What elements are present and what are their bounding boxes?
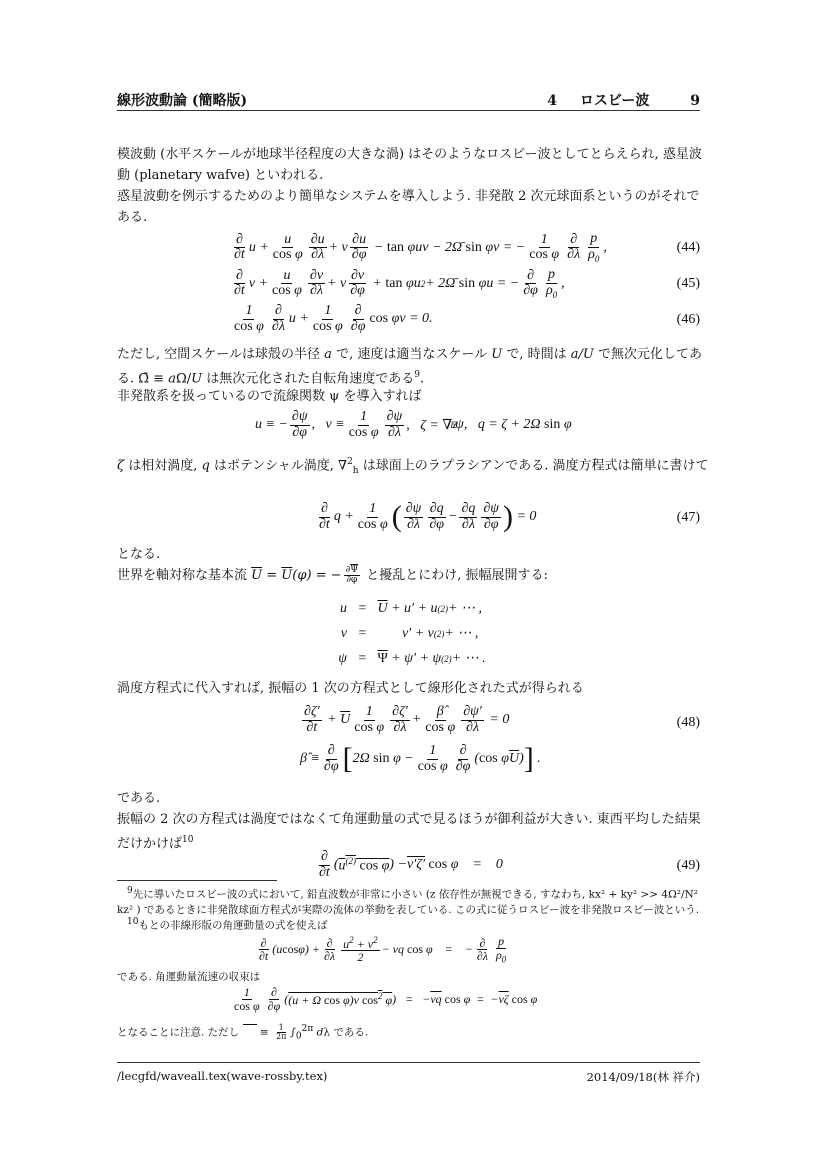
running-footer: /lecgfd/waveall.tex(wave-rossby.tex) 201… <box>117 1062 700 1083</box>
equation-number: (44) <box>677 240 700 256</box>
footnote-10: 10もとの非線形版の角運動量の式を使えば <box>117 915 712 934</box>
equation-46: 1cos φ ∂∂λu + 1cos φ ∂∂φcos φv = 0. (46) <box>230 304 700 336</box>
equation-number: (48) <box>677 715 700 731</box>
section-number: 4 <box>547 93 557 109</box>
paragraph-planetary-wave: 模波動 (水平スケールが地球半径程度の大きな渦) はそのようなロスビー波としてと… <box>117 144 712 186</box>
footnote-10-continued: である. 角運動量流速の収束は <box>117 970 712 985</box>
paragraph-linearization: 渦度方程式に代入すれば, 振幅の 1 次の方程式として線形化された式が得られる <box>117 678 712 699</box>
paragraph-nondimensionalization: ただし, 空間スケールは球殻の半径 a で, 速度は適当なスケール U で, 時… <box>117 344 712 389</box>
footnote-9: 9先に導いたロスビー波の式において, 鉛直波数が非常に小さい (z 依存性が無視… <box>117 884 712 918</box>
paragraph-is: である. <box>117 788 712 809</box>
paragraph-vorticity: ζ は相対渦度, q はポテンシャル渦度, ∇2h は球面上のラプラシアンである… <box>117 452 712 482</box>
paragraph-becomes: となる. <box>117 544 712 565</box>
equation-number: (45) <box>677 276 700 292</box>
equation-flux-convergence: 1cos φ ∂∂φ((u + Ω cos φ)v cos2 φ) = −vq … <box>230 986 650 1022</box>
paragraph-intro-system: 惑星波動を例示するためのより簡単なシステムを導入しよう. 非発散 2 次元球面系… <box>117 186 712 228</box>
date-author: 2014/09/18(林 祥介) <box>587 1069 700 1085</box>
footnote-ref-9[interactable]: 9 <box>414 370 420 380</box>
equation-angular-momentum: ∂∂t(u cos φ) + ∂∂λ u2 + v22 − vq cos φ =… <box>255 935 575 969</box>
equation-number: (49) <box>677 858 700 874</box>
source-path: /lecgfd/waveall.tex(wave-rossby.tex) <box>117 1069 327 1083</box>
equation-45: ∂∂tv + ucos φ ∂v∂λ + v ∂v∂φ + tan φu2 + … <box>230 268 700 300</box>
section-heading: 4 ロスビー波 9 <box>529 90 700 110</box>
paragraph-streamfunction: 非発散系を扱っているので流線関数 ψ を導入すれば <box>117 386 712 407</box>
section-title: ロスビー波 <box>580 93 649 109</box>
equation-48: ∂ζ′∂t + U 1cos φ ∂ζ′∂λ + β̂cos φ ∂ψ′∂λ =… <box>300 705 700 741</box>
equation-amplitude-expansion: u = U + u′ + u(2) + ⋯ , v = v′ + v(2) + … <box>325 596 575 672</box>
equation-beta-hat: β̂ ≡ ∂∂φ [2Ω sin φ − 1cos φ ∂∂φ(cos φU)]… <box>300 742 630 782</box>
equation-44: ∂∂tu + ucos φ ∂u∂λ + v ∂u∂φ − tan φuv − … <box>230 232 700 264</box>
document-title: 線形波動論 (簡略版) <box>117 90 247 110</box>
paragraph-basic-flow: 世界を軸対称な基本流 U = U(φ) = −∂Ψ∂φ と擾乱とにわけ, 振幅展… <box>117 565 712 586</box>
page-number: 9 <box>690 93 700 109</box>
running-header: 線形波動論 (簡略版) 4 ロスビー波 9 <box>117 88 700 111</box>
footnote-10-note: となることに注意. ただし ≡ 12π∫02π dλ である. <box>117 1022 712 1045</box>
paragraph-angular-momentum: 振幅の 2 次の方程式は渦度ではなくて角運動量の式で見るほうが御利益が大きい. … <box>117 809 712 854</box>
equation-number: (46) <box>677 312 700 328</box>
equation-49: ∂∂t(u(2) cos φ) − v′ζ′ cos φ = 0 (49) <box>315 850 700 886</box>
footnote-rule <box>117 880 277 881</box>
footnote-ref-10[interactable]: 10 <box>182 835 193 845</box>
equation-streamfunction: u ≡ −∂ψ∂φ, v ≡ 1cos φ∂ψ∂λ, ζ = ∇2hψ, q =… <box>255 410 655 446</box>
equation-number: (47) <box>677 510 700 526</box>
equation-47: ∂∂tq + 1cos φ ( ∂ψ∂λ∂q∂φ − ∂q∂λ∂ψ∂φ ) = … <box>315 500 700 540</box>
